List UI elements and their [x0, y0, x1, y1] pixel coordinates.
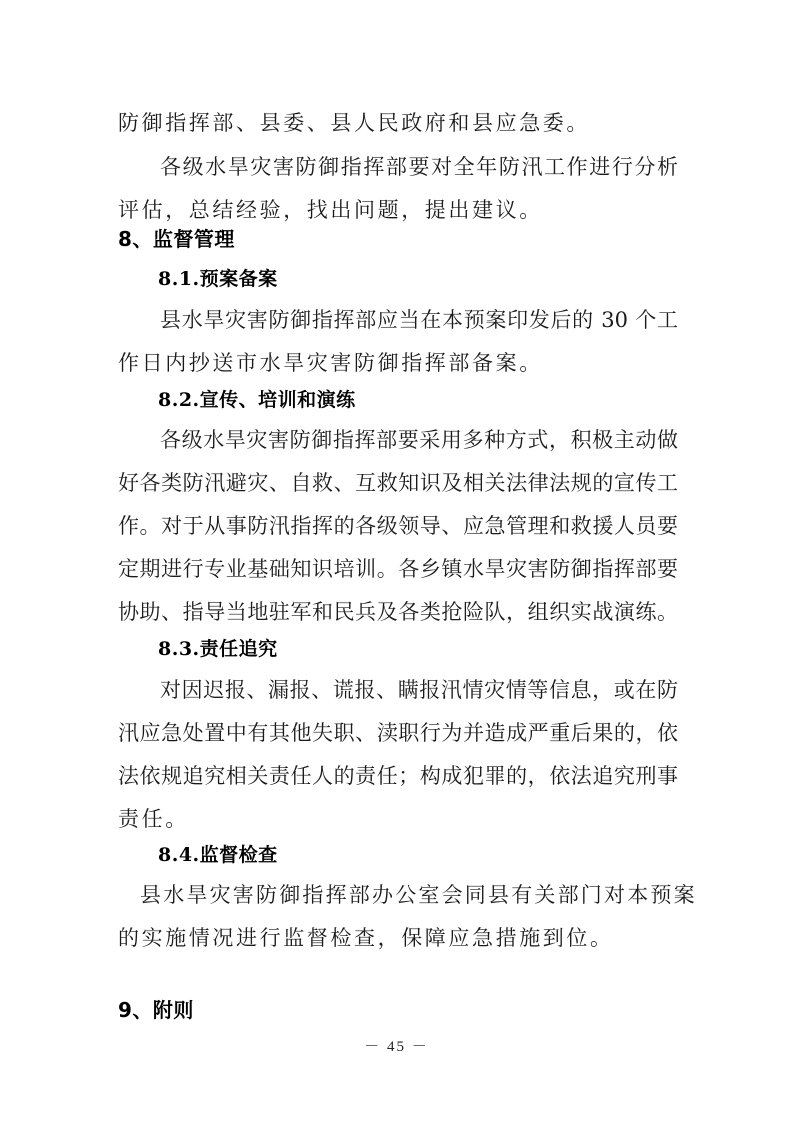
paragraph-line: 对因迟报、漏报、谎报、瞒报汛情灾情等信息，或在防 [160, 675, 678, 705]
section-heading-9: 9、附则 [118, 995, 678, 1025]
paragraph-line: 各级水旱灾害防御指挥部要对全年防汛工作进行分析 [160, 152, 678, 182]
paragraph-line: 作日内抄送市水旱灾害防御指挥部备案。 [118, 348, 678, 378]
subsection-heading-8-2: 8.2.宣传、培训和演练 [158, 385, 718, 415]
page-number: － 45 － [0, 1035, 793, 1056]
paragraph-line: 各级水旱灾害防御指挥部要采用多种方式，积极主动做 [160, 425, 678, 455]
subsection-heading-8-3: 8.3.责任追究 [158, 634, 718, 664]
paragraph-line: 评估，总结经验，找出问题，提出建议。 [118, 195, 678, 225]
document-page: 防御指挥部、县委、县人民政府和县应急委。 各级水旱灾害防御指挥部要对全年防汛工作… [0, 0, 793, 1122]
paragraph-continuation-line: 防御指挥部、县委、县人民政府和县应急委。 [118, 108, 678, 138]
paragraph-line: 定期进行专业基础知识培训。各乡镇水旱灾害防御指挥部要 [118, 554, 678, 584]
paragraph-line: 的实施情况进行监督检查，保障应急措施到位。 [118, 923, 678, 953]
subsection-heading-8-1: 8.1.预案备案 [158, 264, 718, 294]
paragraph-line: 协助、指导当地驻军和民兵及各类抢险队，组织实战演练。 [118, 597, 678, 627]
paragraph-line: 县水旱灾害防御指挥部办公室会同县有关部门对本预案 [140, 880, 678, 910]
subsection-heading-8-4: 8.4.监督检查 [158, 840, 718, 870]
paragraph-line: 汛应急处置中有其他失职、渎职行为并造成严重后果的，依 [118, 718, 678, 748]
paragraph-line: 好各类防汛避灾、自救、互救知识及相关法律法规的宣传工 [118, 468, 678, 498]
section-heading-8: 8、监督管理 [118, 224, 678, 254]
paragraph-line: 责任。 [118, 804, 678, 834]
paragraph-line: 作。对于从事防汛指挥的各级领导、应急管理和救援人员要 [118, 511, 678, 541]
paragraph-line: 法依规追究相关责任人的责任；构成犯罪的，依法追究刑事 [118, 761, 678, 791]
paragraph-line: 县水旱灾害防御指挥部应当在本预案印发后的 30 个工 [160, 305, 678, 335]
